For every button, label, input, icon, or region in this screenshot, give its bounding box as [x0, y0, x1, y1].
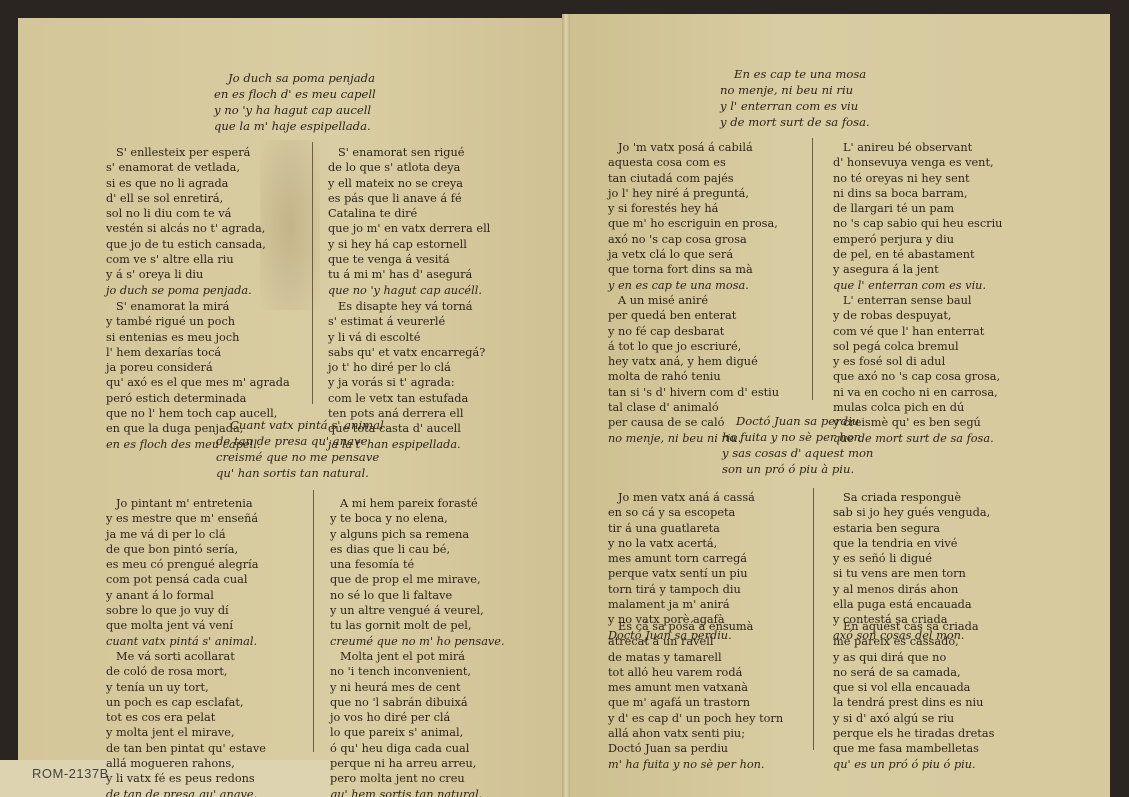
- verse-line: que no 'y hagut cap aucéll.: [328, 283, 490, 298]
- verse-line: y li vá di escolté: [328, 330, 485, 345]
- verse-line: y tenía un uy tort,: [106, 680, 266, 695]
- verse-line: que no 'l sabrán dibuixá: [330, 695, 482, 710]
- verse-line: Jo pintant m' entretenia: [106, 496, 258, 511]
- verse-line: no té oreyas ni hey sent: [833, 171, 1002, 186]
- verse-line: perque els he tiradas dretas: [833, 726, 994, 741]
- verse-line: de tan de presa qu' anave: [216, 433, 384, 449]
- left-refrain-2: Cuant vatx pintá s' animalde tan de pres…: [216, 417, 384, 481]
- verse-line: sabs qu' et vatx encarregá?: [328, 345, 485, 360]
- verse-line: tu las gornit molt de pel,: [330, 618, 505, 633]
- verse-line: Jo men vatx aná á cassá: [608, 490, 755, 505]
- verse-line: que jo de tu estich cansada,: [106, 237, 266, 252]
- verse-line: jo l' hey niré á preguntá,: [608, 186, 778, 201]
- verse-line: qu' axó es el que mes m' agrada: [106, 375, 290, 390]
- verse-line: á tot lo que jo escriuré,: [608, 339, 779, 354]
- verse-line: pero molta jent no creu: [330, 771, 482, 786]
- faded-illustration: [260, 140, 320, 310]
- verse-line: sol no li diu com te vá: [106, 206, 266, 221]
- left-stanza-3: S' enamorat sen riguéde lo que s' atlota…: [328, 145, 490, 298]
- verse-line: cuant vatx pintá s' animal.: [106, 634, 258, 649]
- verse-line: m' ha fuita y no sè per hon.: [608, 757, 783, 772]
- verse-line: A mi hem pareix forasté: [330, 496, 505, 511]
- verse-line: jo t' ho diré per lo clá: [328, 360, 485, 375]
- verse-line: y li vatx fé es peus redons: [106, 771, 266, 786]
- verse-line: que de prop el me mirave,: [330, 572, 505, 587]
- verse-line: de tan de presa qu' anave.: [106, 787, 266, 797]
- column-divider: [813, 488, 814, 750]
- verse-line: Es disapte hey vá torná: [328, 299, 485, 314]
- verse-line: y á s' oreya li diu: [106, 267, 266, 282]
- verse-line: qu' es un pró ó piu ó piu.: [833, 757, 994, 772]
- verse-line: no será de sa camada,: [833, 665, 994, 680]
- verse-line: que l' enterran com es viu.: [833, 278, 1002, 293]
- verse-line: que me fasa mambelletas: [833, 741, 994, 756]
- verse-line: y ell mateix no se creya: [328, 176, 490, 191]
- verse-line: d' honsevuya venga es vent,: [833, 155, 1002, 170]
- verse-line: tir á una guatlareta: [608, 521, 755, 536]
- verse-line: creismé que no me pensave: [216, 449, 384, 465]
- verse-line: d' ell se sol enretirá,: [106, 191, 266, 206]
- verse-line: jo duch se poma penjada.: [106, 283, 266, 298]
- verse-line: En es cap te una mosa: [720, 66, 870, 82]
- verse-line: axó no 's cap cosa grosa: [608, 232, 778, 247]
- verse-line: emperó perjura y diu: [833, 232, 1002, 247]
- verse-line: sol pegá colca bremul: [833, 339, 1000, 354]
- verse-line: ha fuita y no sè per hon: [722, 429, 873, 445]
- verse-line: sobre lo que jo vuy dí: [106, 603, 258, 618]
- verse-line: Doctó Juan sa perdiu: [722, 413, 873, 429]
- verse-line: ella puga está encauada: [833, 597, 990, 612]
- verse-line: que molta jent vá vení: [106, 618, 258, 633]
- verse-line: allá mogueren rahons,: [106, 756, 266, 771]
- verse-line: y si d' axó algú se riu: [833, 711, 994, 726]
- verse-line: que jo m' en vatx derrera ell: [328, 221, 490, 236]
- verse-line: ja poreu considerá: [106, 360, 290, 375]
- verse-line: Me vá sorti acollarat: [106, 649, 266, 664]
- verse-line: ni va en cocho ni en carrosa,: [833, 385, 1000, 400]
- verse-line: que si vol ella encauada: [833, 680, 994, 695]
- verse-line: que m' agafá un trastorn: [608, 695, 783, 710]
- verse-line: perque vatx sentí un piu: [608, 566, 755, 581]
- verse-line: de coló de rosa mort,: [106, 664, 266, 679]
- verse-line: y anant á lo formal: [106, 588, 258, 603]
- left-stanza-8: Molta jent el pot miráno 'i tench inconv…: [330, 649, 482, 797]
- verse-line: allá ahon vatx senti piu;: [608, 726, 783, 741]
- verse-line: mes amunt torn carregá: [608, 551, 755, 566]
- verse-line: molta de rahó teniu: [608, 369, 779, 384]
- verse-line: tu á mi m' has d' asegurá: [328, 267, 490, 282]
- verse-line: y asegura á la jent: [833, 262, 1002, 277]
- verse-line: l' hem dexarías tocá: [106, 345, 290, 360]
- verse-line: En aquest cas sa criada: [833, 619, 994, 634]
- verse-line: una fesomía té: [330, 557, 505, 572]
- verse-line: no sé lo que li faltave: [330, 588, 505, 603]
- verse-line: si entenias es meu joch: [106, 330, 290, 345]
- verse-line: no 'i tench inconvenient,: [330, 664, 482, 679]
- verse-line: y de mort surt de sa fosa.: [720, 114, 870, 130]
- verse-line: Molta jent el pot mirá: [330, 649, 482, 664]
- verse-line: es meu có prengué alegría: [106, 557, 258, 572]
- verse-line: y no 'y ha hagut cap aucell: [214, 102, 376, 118]
- verse-line: y si hey há cap estornell: [328, 237, 490, 252]
- verse-line: Jo duch sa poma penjada: [214, 70, 376, 86]
- verse-line: y te boca y no elena,: [330, 511, 505, 526]
- verse-line: y es mestre que m' enseñá: [106, 511, 258, 526]
- right-stanza-8: En aquest cas sa criadame pareix es cass…: [833, 619, 994, 772]
- verse-line: creumé que no m' ho pensave.: [330, 634, 505, 649]
- verse-line: y si forestés hey há: [608, 201, 778, 216]
- verse-line: me pareix es cassadó,: [833, 634, 994, 649]
- verse-line: Catalina te diré: [328, 206, 490, 221]
- verse-line: A un misé aniré: [608, 293, 779, 308]
- verse-line: si es que no li agrada: [106, 176, 266, 191]
- verse-line: mes amunt men vatxanà: [608, 680, 783, 695]
- verse-line: jo vos ho diré per clá: [330, 710, 482, 725]
- verse-line: que la m' haje espipellada.: [214, 118, 376, 134]
- verse-line: y no la vatx acertá,: [608, 536, 755, 551]
- left-refrain-1: Jo duch sa poma penjadaen es floch d' es…: [214, 70, 376, 134]
- verse-line: y ni heurá mes de cent: [330, 680, 482, 695]
- verse-line: peró estich determinada: [106, 391, 290, 406]
- verse-line: la tendrá prest dins es niu: [833, 695, 994, 710]
- verse-line: y en es cap te una mosa.: [608, 278, 778, 293]
- verse-line: es pás que li anave á fé: [328, 191, 490, 206]
- verse-line: S' enamorat sen rigué: [328, 145, 490, 160]
- verse-line: y as qui dirá que no: [833, 650, 994, 665]
- verse-line: un poch es cap esclafat,: [106, 695, 266, 710]
- verse-line: y no fé cap desbarat: [608, 324, 779, 339]
- left-stanza-1: S' enllesteix per esperás' enamorat de v…: [106, 145, 266, 298]
- verse-line: com pot pensá cada cual: [106, 572, 258, 587]
- verse-line: y alguns pich sa remena: [330, 527, 505, 542]
- verse-line: tan si 's d' hivern com d' estiu: [608, 385, 779, 400]
- verse-line: y sas cosas d' aquest mon: [722, 445, 873, 461]
- verse-line: de llargari té un pam: [833, 201, 1002, 216]
- verse-line: y es señó li digué: [833, 551, 990, 566]
- left-stanza-7: A mi hem pareix forastéy te boca y no el…: [330, 496, 505, 649]
- right-stanza-1: Jo 'm vatx posá á cabiláaquesta cosa com…: [608, 140, 778, 293]
- verse-line: estaria ben segura: [833, 521, 990, 536]
- page-fold: [562, 14, 570, 797]
- verse-line: tot alló heu varem rodá: [608, 665, 783, 680]
- verse-line: malament ja m' anirá: [608, 597, 755, 612]
- right-stanza-6: Es cá sa posá à ensumàatrecat á un ravel…: [608, 619, 783, 772]
- right-refrain-2: Doctó Juan sa perdiuha fuita y no sè per…: [722, 413, 873, 477]
- verse-line: si tu vens are men torn: [833, 566, 990, 581]
- verse-line: y molta jent el mirave,: [106, 725, 266, 740]
- verse-line: Sa criada responguè: [833, 490, 990, 505]
- verse-line: que torna fort dins sa mà: [608, 262, 778, 277]
- verse-line: y ja vorás si t' agrada:: [328, 375, 485, 390]
- verse-line: en so cá y sa escopeta: [608, 505, 755, 520]
- verse-line: sab si jo hey gués venguda,: [833, 505, 990, 520]
- verse-line: que la tendria en vivé: [833, 536, 990, 551]
- verse-line: ja me vá di per lo clá: [106, 527, 258, 542]
- verse-line: L' enterran sense baul: [833, 293, 1000, 308]
- verse-line: Cuant vatx pintá s' animal: [216, 417, 384, 433]
- verse-line: son un pró ó piu à piu.: [722, 461, 873, 477]
- verse-line: per quedá ben enterat: [608, 308, 779, 323]
- right-refrain-1: En es cap te una mosano menje, ni beu ni…: [720, 66, 870, 130]
- right-stanza-3: L' anireu bé observantd' honsevuya venga…: [833, 140, 1002, 293]
- verse-line: s' estimat á veurerlé: [328, 314, 485, 329]
- verse-line: y d' es cap d' un poch hey torn: [608, 711, 783, 726]
- verse-line: Es cá sa posá à ensumà: [608, 619, 783, 634]
- verse-line: com le vetx tan estufada: [328, 391, 485, 406]
- left-stanza-6: Me vá sorti acollaratde coló de rosa mor…: [106, 649, 266, 797]
- verse-line: de pel, en té abastament: [833, 247, 1002, 262]
- verse-line: hey vatx aná, y hem digué: [608, 354, 779, 369]
- verse-line: qu' han sortis tan natural.: [216, 465, 384, 481]
- verse-line: y de robas despuyat,: [833, 308, 1000, 323]
- verse-line: y al menos dirás ahon: [833, 582, 990, 597]
- verse-line: tot es cos era pelat: [106, 710, 266, 725]
- verse-line: com vé que l' han enterrat: [833, 324, 1000, 339]
- verse-line: y un altre vengué á veurel,: [330, 603, 505, 618]
- column-divider: [313, 490, 314, 752]
- verse-line: vestén si alcás no t' agrada,: [106, 221, 266, 236]
- verse-line: com ve s' altre ella riu: [106, 252, 266, 267]
- verse-line: que te venga á vesitá: [328, 252, 490, 267]
- verse-line: Jo 'm vatx posá á cabilá: [608, 140, 778, 155]
- left-stanza-5: Jo pintant m' entreteniay es mestre que …: [106, 496, 258, 649]
- verse-line: aquesta cosa com es: [608, 155, 778, 170]
- verse-line: que m' ho escriguin en prosa,: [608, 216, 778, 231]
- verse-line: Doctó Juan sa perdiu: [608, 741, 783, 756]
- catalog-label: ROM-2137B: [32, 766, 109, 781]
- verse-line: lo que pareix s' animal,: [330, 725, 482, 740]
- verse-line: es dias que li cau bé,: [330, 542, 505, 557]
- verse-line: y també rigué un poch: [106, 314, 290, 329]
- verse-line: no menje, ni beu ni riu: [720, 82, 870, 98]
- verse-line: que axó no 's cap cosa grosa,: [833, 369, 1000, 384]
- verse-line: ja vetx clá lo que será: [608, 247, 778, 262]
- verse-line: ó qu' heu diga cada cual: [330, 741, 482, 756]
- verse-line: torn tirá y tampoch diu: [608, 582, 755, 597]
- column-divider: [312, 142, 313, 404]
- verse-line: S' enamorat la mirá: [106, 299, 290, 314]
- verse-line: qu' hem sortis tan natural.: [330, 787, 482, 797]
- verse-line: S' enllesteix per esperá: [106, 145, 266, 160]
- verse-line: y es fosé sol di adul: [833, 354, 1000, 369]
- verse-line: no 's cap sabio qui heu escriu: [833, 216, 1002, 231]
- verse-line: de que bon pintó sería,: [106, 542, 258, 557]
- verse-line: atrecat á un ravell: [608, 634, 783, 649]
- verse-line: en es floch d' es meu capell: [214, 86, 376, 102]
- verse-line: de lo que s' atlota deya: [328, 160, 490, 175]
- verse-line: perque ni ha arreu arreu,: [330, 756, 482, 771]
- verse-line: tan ciutadá com pajés: [608, 171, 778, 186]
- verse-line: L' anireu bé observant: [833, 140, 1002, 155]
- verse-line: y l' enterran com es viu: [720, 98, 870, 114]
- verse-line: s' enamorat de vetlada,: [106, 160, 266, 175]
- column-divider: [812, 138, 813, 400]
- verse-line: de tan ben pintat qu' estave: [106, 741, 266, 756]
- verse-line: de matas y tamarell: [608, 650, 783, 665]
- verse-line: ni dins sa boca barram,: [833, 186, 1002, 201]
